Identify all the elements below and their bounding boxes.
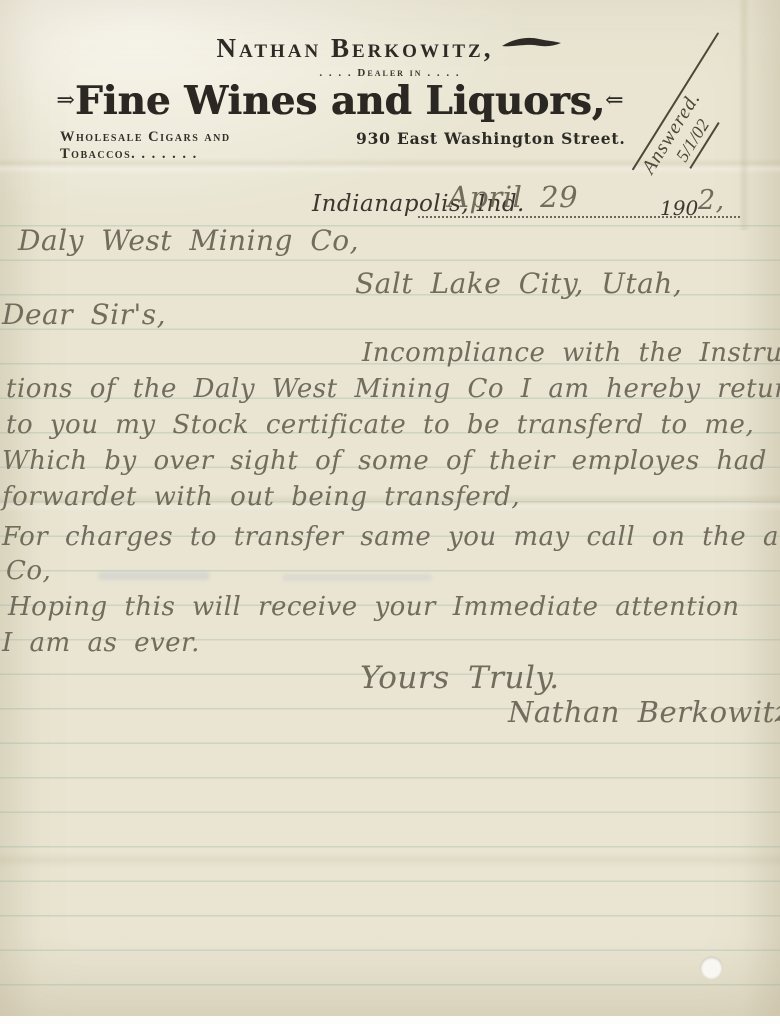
ink-smudge <box>282 574 432 581</box>
pen-flourish-icon <box>501 27 563 58</box>
ink-smudge <box>98 572 210 580</box>
arrow-left-ornament-icon: ⇐ <box>605 88 623 113</box>
wholesale-line-2: Tobaccos. . . . . . . <box>60 146 231 163</box>
paper-crease <box>0 852 780 868</box>
dateline-year-handwritten: 2, <box>698 185 725 216</box>
dateline-year-printed: 190 <box>660 196 698 220</box>
letterhead-name: Nathan Berkowitz, <box>0 27 780 64</box>
body-line-5: forwardet with out being transferd, <box>2 482 520 512</box>
business-title: ⇒Fine Wines and Liquors,⇐ <box>0 78 680 124</box>
recipient-city-line: Salt Lake City, Utah, <box>355 267 682 300</box>
body-line-2: tions of the Daly West Mining Co I am he… <box>6 374 780 404</box>
letter-page: Nathan Berkowitz, . . . . Dealer in . . … <box>0 0 780 1016</box>
street-address: 930 East Washington Street. <box>356 129 626 148</box>
wholesale-text: Wholesale Cigars and Tobaccos. . . . . .… <box>60 129 231 163</box>
body-line-8: Hoping this will receive your Immediate … <box>8 592 739 622</box>
body-line-7: Co, <box>6 556 51 586</box>
body-line-6: For charges to transfer same you may cal… <box>2 522 780 552</box>
letterhead-name-text: Nathan Berkowitz, <box>217 33 494 63</box>
dateline-date-handwritten: April 29 <box>448 180 578 214</box>
salutation-line: Dear Sir's, <box>2 298 166 331</box>
body-line-3: to you my Stock certificate to be transf… <box>6 410 754 440</box>
scanned-letter-screenshot: { "letterhead": { "name": "Nathan Berkow… <box>0 0 780 1024</box>
scan-edge <box>0 1016 780 1024</box>
business-title-text: Fine Wines and Liquors, <box>75 78 605 124</box>
arrow-right-ornament-icon: ⇒ <box>56 88 74 113</box>
body-line-4: Which by over sight of some of their emp… <box>2 446 780 476</box>
body-line-1: Incompliance with the Instru <box>362 338 780 368</box>
wholesale-line-1: Wholesale Cigars and <box>60 129 231 146</box>
body-line-9: I am as ever. <box>2 628 200 658</box>
recipient-line: Daly West Mining Co, <box>18 224 359 257</box>
closing-line: Yours Truly. <box>360 660 560 696</box>
signature-line: Nathan Berkowitz, <box>508 695 780 729</box>
punch-hole <box>701 957 722 978</box>
